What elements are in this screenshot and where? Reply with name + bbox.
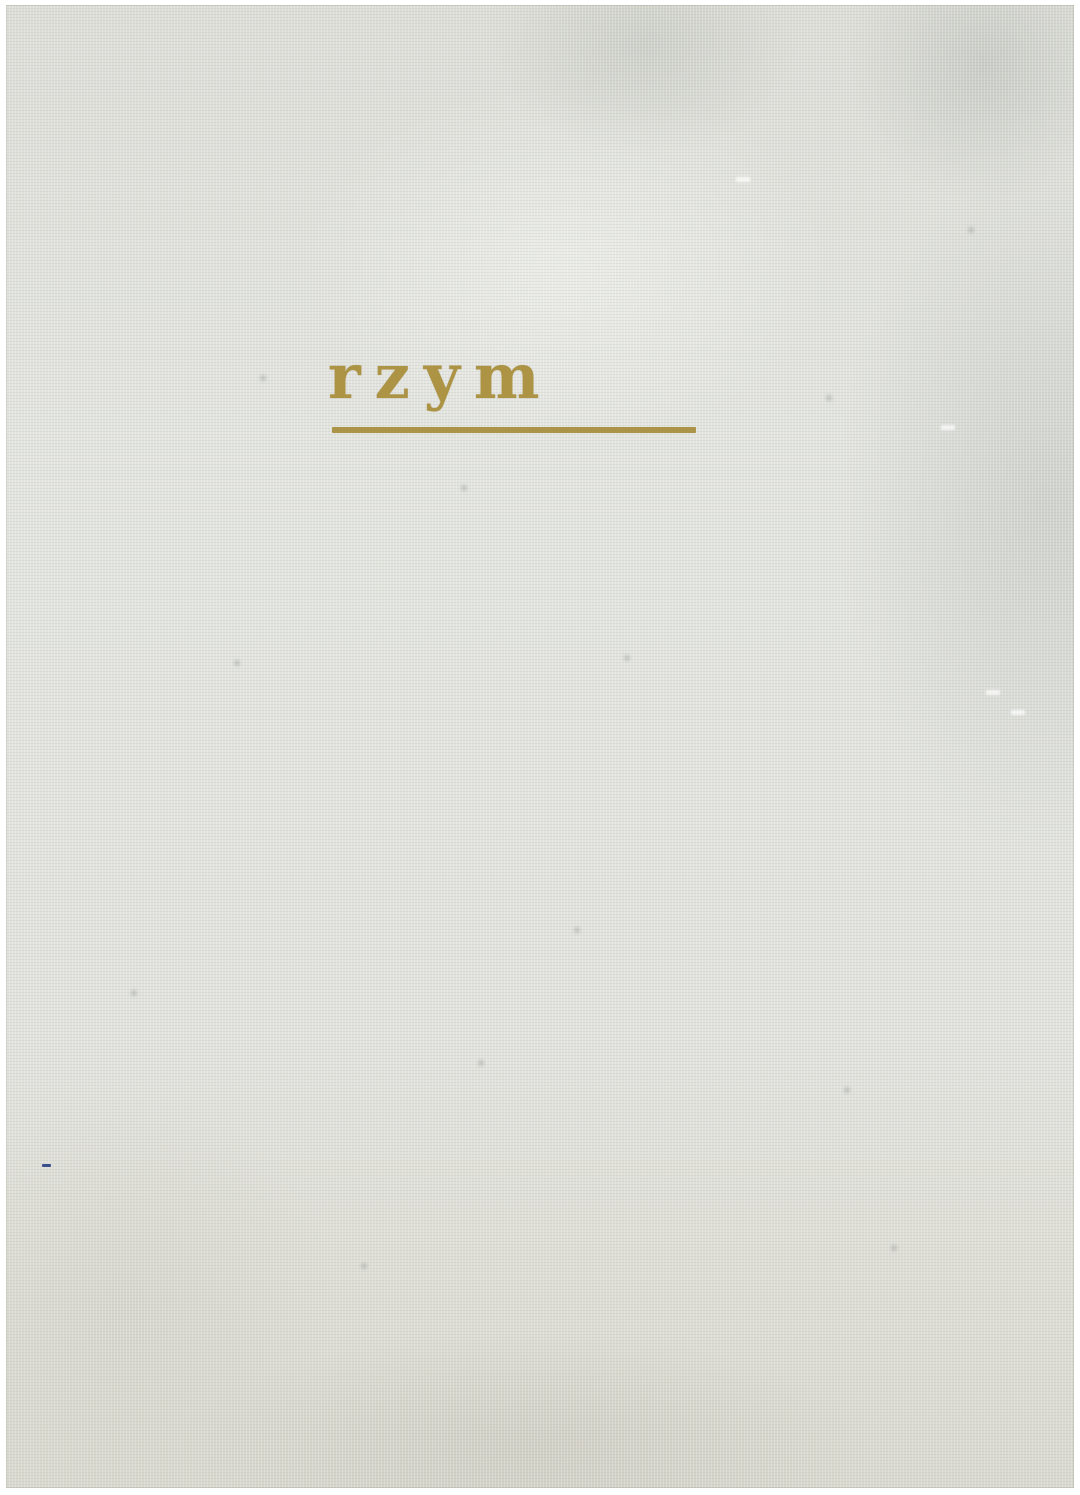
stain-spot bbox=[826, 395, 832, 401]
cloth-sheen bbox=[986, 690, 1000, 695]
cloth-sheen bbox=[736, 177, 750, 182]
stain-spot bbox=[234, 660, 240, 666]
cloth-sheen bbox=[941, 425, 955, 430]
stain-spot bbox=[478, 1060, 484, 1066]
stain-spot bbox=[891, 1245, 897, 1251]
stain-spot bbox=[624, 655, 630, 661]
title-underline bbox=[332, 427, 696, 433]
cover-title: rzym bbox=[328, 346, 554, 408]
cloth-sheen bbox=[1011, 710, 1025, 715]
stain-spot bbox=[361, 1263, 367, 1269]
stain-spot bbox=[844, 1087, 850, 1093]
book-cover bbox=[6, 5, 1074, 1488]
stain-spot bbox=[131, 990, 137, 996]
stain-spot bbox=[260, 375, 266, 381]
stain-spot bbox=[574, 927, 580, 933]
ink-mark bbox=[42, 1164, 51, 1167]
stain-spot bbox=[968, 227, 974, 233]
stain-spot bbox=[461, 485, 467, 491]
